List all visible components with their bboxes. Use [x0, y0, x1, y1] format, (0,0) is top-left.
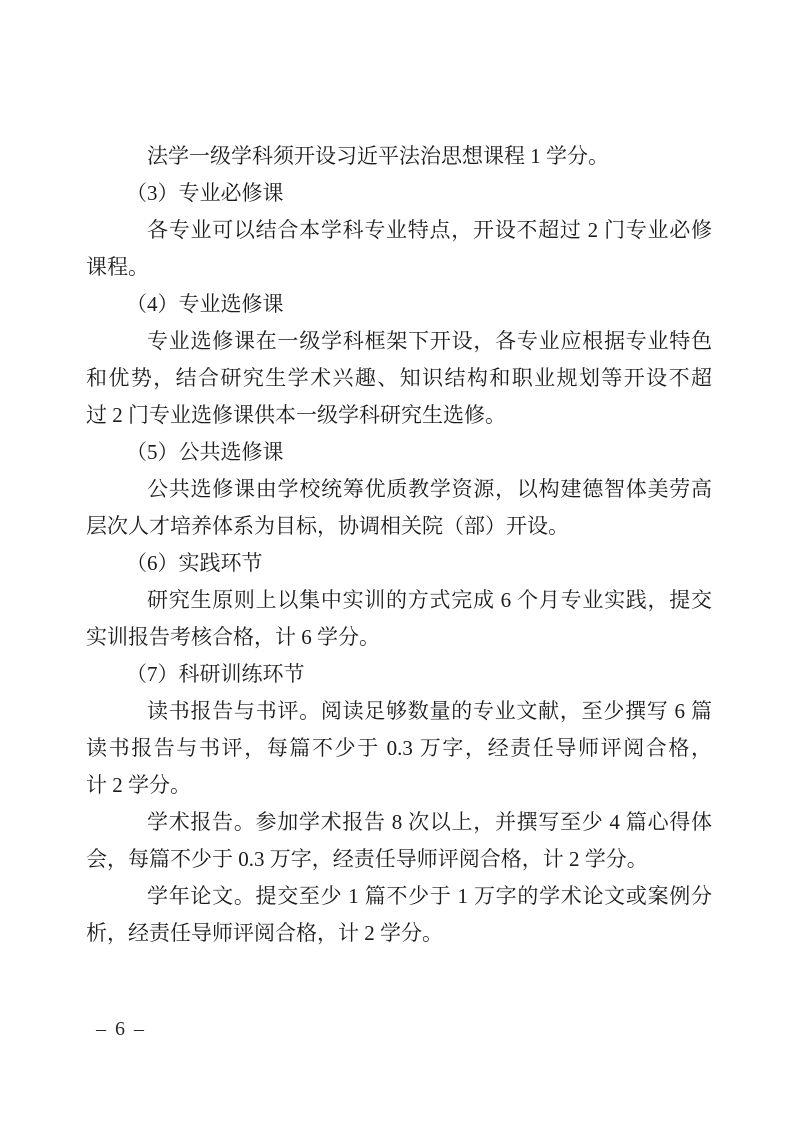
heading-line: （7）科研训练环节 [86, 656, 712, 693]
heading-line: （5）公共选修课 [86, 434, 712, 471]
text-line: 各专业可以结合本学科专业特点，开设不超过 2 门专业必修 [86, 212, 712, 249]
text-line: 读书报告与书评，每篇不少于 0.3 万字，经责任导师评阅合格， [86, 730, 712, 767]
text-line: 学年论文。提交至少 1 篇不少于 1 万字的学术论文或案例分 [86, 878, 712, 915]
text-line: 和优势，结合研究生学术兴趣、知识结构和职业规划等开设不超 [86, 360, 712, 397]
text-line: 实训报告考核合格，计 6 学分。 [86, 619, 712, 656]
text-line: 课程。 [86, 249, 712, 286]
heading-line: （6）实践环节 [86, 545, 712, 582]
text-line: 学术报告。参加学术报告 8 次以上，并撰写至少 4 篇心得体 [86, 804, 712, 841]
text-line: 过 2 门专业选修课供本一级学科研究生选修。 [86, 397, 712, 434]
text-line: 层次人才培养体系为目标，协调相关院（部）开设。 [86, 508, 712, 545]
text-line: 专业选修课在一级学科框架下开设，各专业应根据专业特色 [86, 323, 712, 360]
page-number: – 6 – [96, 1018, 146, 1041]
document-text: 法学一级学科须开设习近平法治思想课程 1 学分。（3）专业必修课各专业可以结合本… [86, 138, 712, 952]
text-line: 析，经责任导师评阅合格，计 2 学分。 [86, 915, 712, 952]
text-line: 计 2 学分。 [86, 767, 712, 804]
text-line: 会，每篇不少于 0.3 万字，经责任导师评阅合格，计 2 学分。 [86, 841, 712, 878]
heading-line: （4）专业选修课 [86, 286, 712, 323]
text-line: 研究生原则上以集中实训的方式完成 6 个月专业实践，提交 [86, 582, 712, 619]
heading-line: （3）专业必修课 [86, 175, 712, 212]
text-line: 法学一级学科须开设习近平法治思想课程 1 学分。 [86, 138, 712, 175]
document-page: 法学一级学科须开设习近平法治思想课程 1 学分。（3）专业必修课各专业可以结合本… [0, 0, 793, 1122]
text-line: 公共选修课由学校统筹优质教学资源，以构建德智体美劳高 [86, 471, 712, 508]
text-line: 读书报告与书评。阅读足够数量的专业文献，至少撰写 6 篇 [86, 693, 712, 730]
